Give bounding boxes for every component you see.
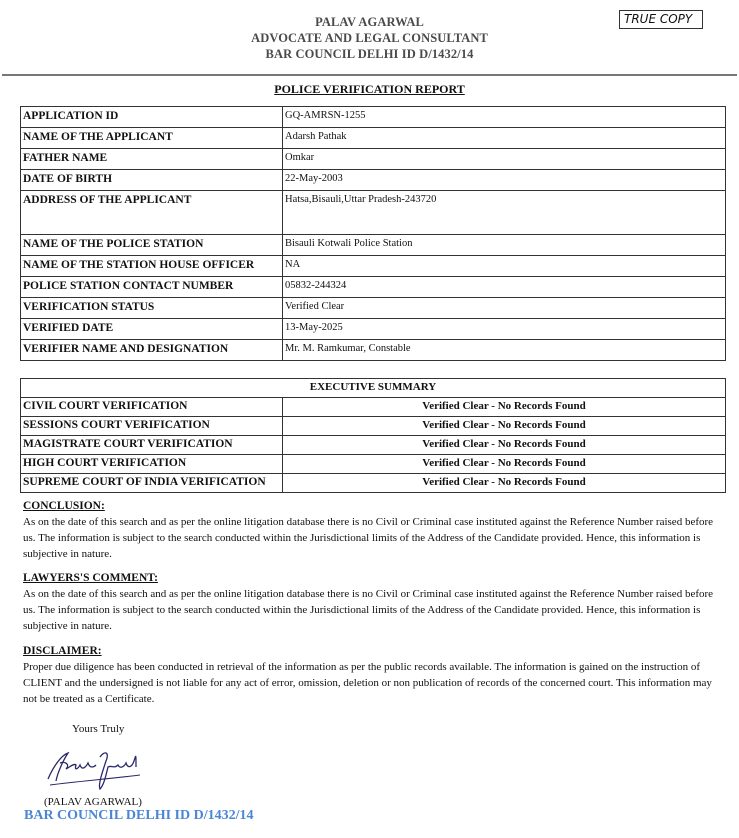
row-value: Adarsh Pathak (283, 128, 726, 149)
report-title: POLICE VERIFICATION REPORT (0, 82, 739, 97)
conclusion-section: CONCLUSION: As on the date of this searc… (23, 498, 723, 562)
row-label: NAME OF THE STATION HOUSE OFFICER (21, 256, 283, 277)
signatory-bar-id: BAR COUNCIL DELHI ID D/1432/14 (24, 808, 253, 824)
letterhead-title: ADVOCATE AND LEGAL CONSULTANT (0, 30, 739, 46)
row-label: SESSIONS COURT VERIFICATION (21, 417, 283, 436)
letterhead-bar-id: BAR COUNCIL DELHI ID D/1432/14 (0, 46, 739, 62)
table-row: NAME OF THE POLICE STATIONBisauli Kotwal… (21, 235, 726, 256)
row-value: Verified Clear - No Records Found (283, 474, 726, 493)
summary-title: EXECUTIVE SUMMARY (21, 379, 726, 398)
row-label: HIGH COURT VERIFICATION (21, 455, 283, 474)
closing-text: Yours Truly (72, 723, 124, 735)
table-row: VERIFICATION STATUSVerified Clear (21, 298, 726, 319)
table-row: SESSIONS COURT VERIFICATIONVerified Clea… (21, 417, 726, 436)
table-row: FATHER NAMEOmkar (21, 149, 726, 170)
row-value: Verified Clear - No Records Found (283, 455, 726, 474)
row-label: NAME OF THE APPLICANT (21, 128, 283, 149)
signature-icon (40, 745, 150, 795)
conclusion-text: As on the date of this search and as per… (23, 514, 723, 562)
lawyers-comment-section: LAWYERS'S COMMENT: As on the date of thi… (23, 570, 723, 634)
row-value: Bisauli Kotwali Police Station (283, 235, 726, 256)
row-label: VERIFICATION STATUS (21, 298, 283, 319)
row-value: 22-May-2003 (283, 170, 726, 191)
row-value: Verified Clear - No Records Found (283, 417, 726, 436)
row-label: DATE OF BIRTH (21, 170, 283, 191)
row-label: VERIFIED DATE (21, 319, 283, 340)
row-value: GQ-AMRSN-1255 (283, 107, 726, 128)
row-value: Verified Clear - No Records Found (283, 398, 726, 417)
row-value: Hatsa,Bisauli,Uttar Pradesh-243720 (283, 191, 726, 235)
row-label: ADDRESS OF THE APPLICANT (21, 191, 283, 235)
table-row: DATE OF BIRTH22-May-2003 (21, 170, 726, 191)
table-row: VERIFIER NAME AND DESIGNATIONMr. M. Ramk… (21, 340, 726, 361)
row-value: NA (283, 256, 726, 277)
conclusion-heading: CONCLUSION: (23, 498, 723, 514)
header-divider (2, 74, 737, 76)
row-label: NAME OF THE POLICE STATION (21, 235, 283, 256)
disclaimer-section: DISCLAIMER: Proper due diligence has bee… (23, 643, 723, 707)
table-row: NAME OF THE STATION HOUSE OFFICERNA (21, 256, 726, 277)
row-value: Omkar (283, 149, 726, 170)
row-label: FATHER NAME (21, 149, 283, 170)
table-row: VERIFIED DATE13-May-2025 (21, 319, 726, 340)
applicant-details-table: APPLICATION IDGQ-AMRSN-1255 NAME OF THE … (20, 106, 726, 361)
row-label: MAGISTRATE COURT VERIFICATION (21, 436, 283, 455)
executive-summary-table: EXECUTIVE SUMMARY CIVIL COURT VERIFICATI… (20, 378, 726, 493)
row-value: Mr. M. Ramkumar, Constable (283, 340, 726, 361)
table-row: CIVIL COURT VERIFICATIONVerified Clear -… (21, 398, 726, 417)
table-row: APPLICATION IDGQ-AMRSN-1255 (21, 107, 726, 128)
row-label: CIVIL COURT VERIFICATION (21, 398, 283, 417)
table-row: ADDRESS OF THE APPLICANTHatsa,Bisauli,Ut… (21, 191, 726, 235)
table-row: SUPREME COURT OF INDIA VERIFICATIONVerif… (21, 474, 726, 493)
row-value: Verified Clear (283, 298, 726, 319)
table-row: POLICE STATION CONTACT NUMBER05832-24432… (21, 277, 726, 298)
table-row: HIGH COURT VERIFICATIONVerified Clear - … (21, 455, 726, 474)
summary-title-row: EXECUTIVE SUMMARY (21, 379, 726, 398)
disclaimer-text: Proper due diligence has been conducted … (23, 659, 723, 707)
lawyers-comment-heading: LAWYERS'S COMMENT: (23, 570, 723, 586)
true-copy-stamp: TRUE COPY (619, 10, 703, 29)
table-row: NAME OF THE APPLICANTAdarsh Pathak (21, 128, 726, 149)
row-label: SUPREME COURT OF INDIA VERIFICATION (21, 474, 283, 493)
table-row: MAGISTRATE COURT VERIFICATIONVerified Cl… (21, 436, 726, 455)
row-value: 05832-244324 (283, 277, 726, 298)
row-label: VERIFIER NAME AND DESIGNATION (21, 340, 283, 361)
row-label: POLICE STATION CONTACT NUMBER (21, 277, 283, 298)
row-label: APPLICATION ID (21, 107, 283, 128)
disclaimer-heading: DISCLAIMER: (23, 643, 723, 659)
row-value: 13-May-2025 (283, 319, 726, 340)
signatory-name: (PALAV AGARWAL) (44, 796, 142, 808)
row-value: Verified Clear - No Records Found (283, 436, 726, 455)
lawyers-comment-text: As on the date of this search and as per… (23, 586, 723, 634)
